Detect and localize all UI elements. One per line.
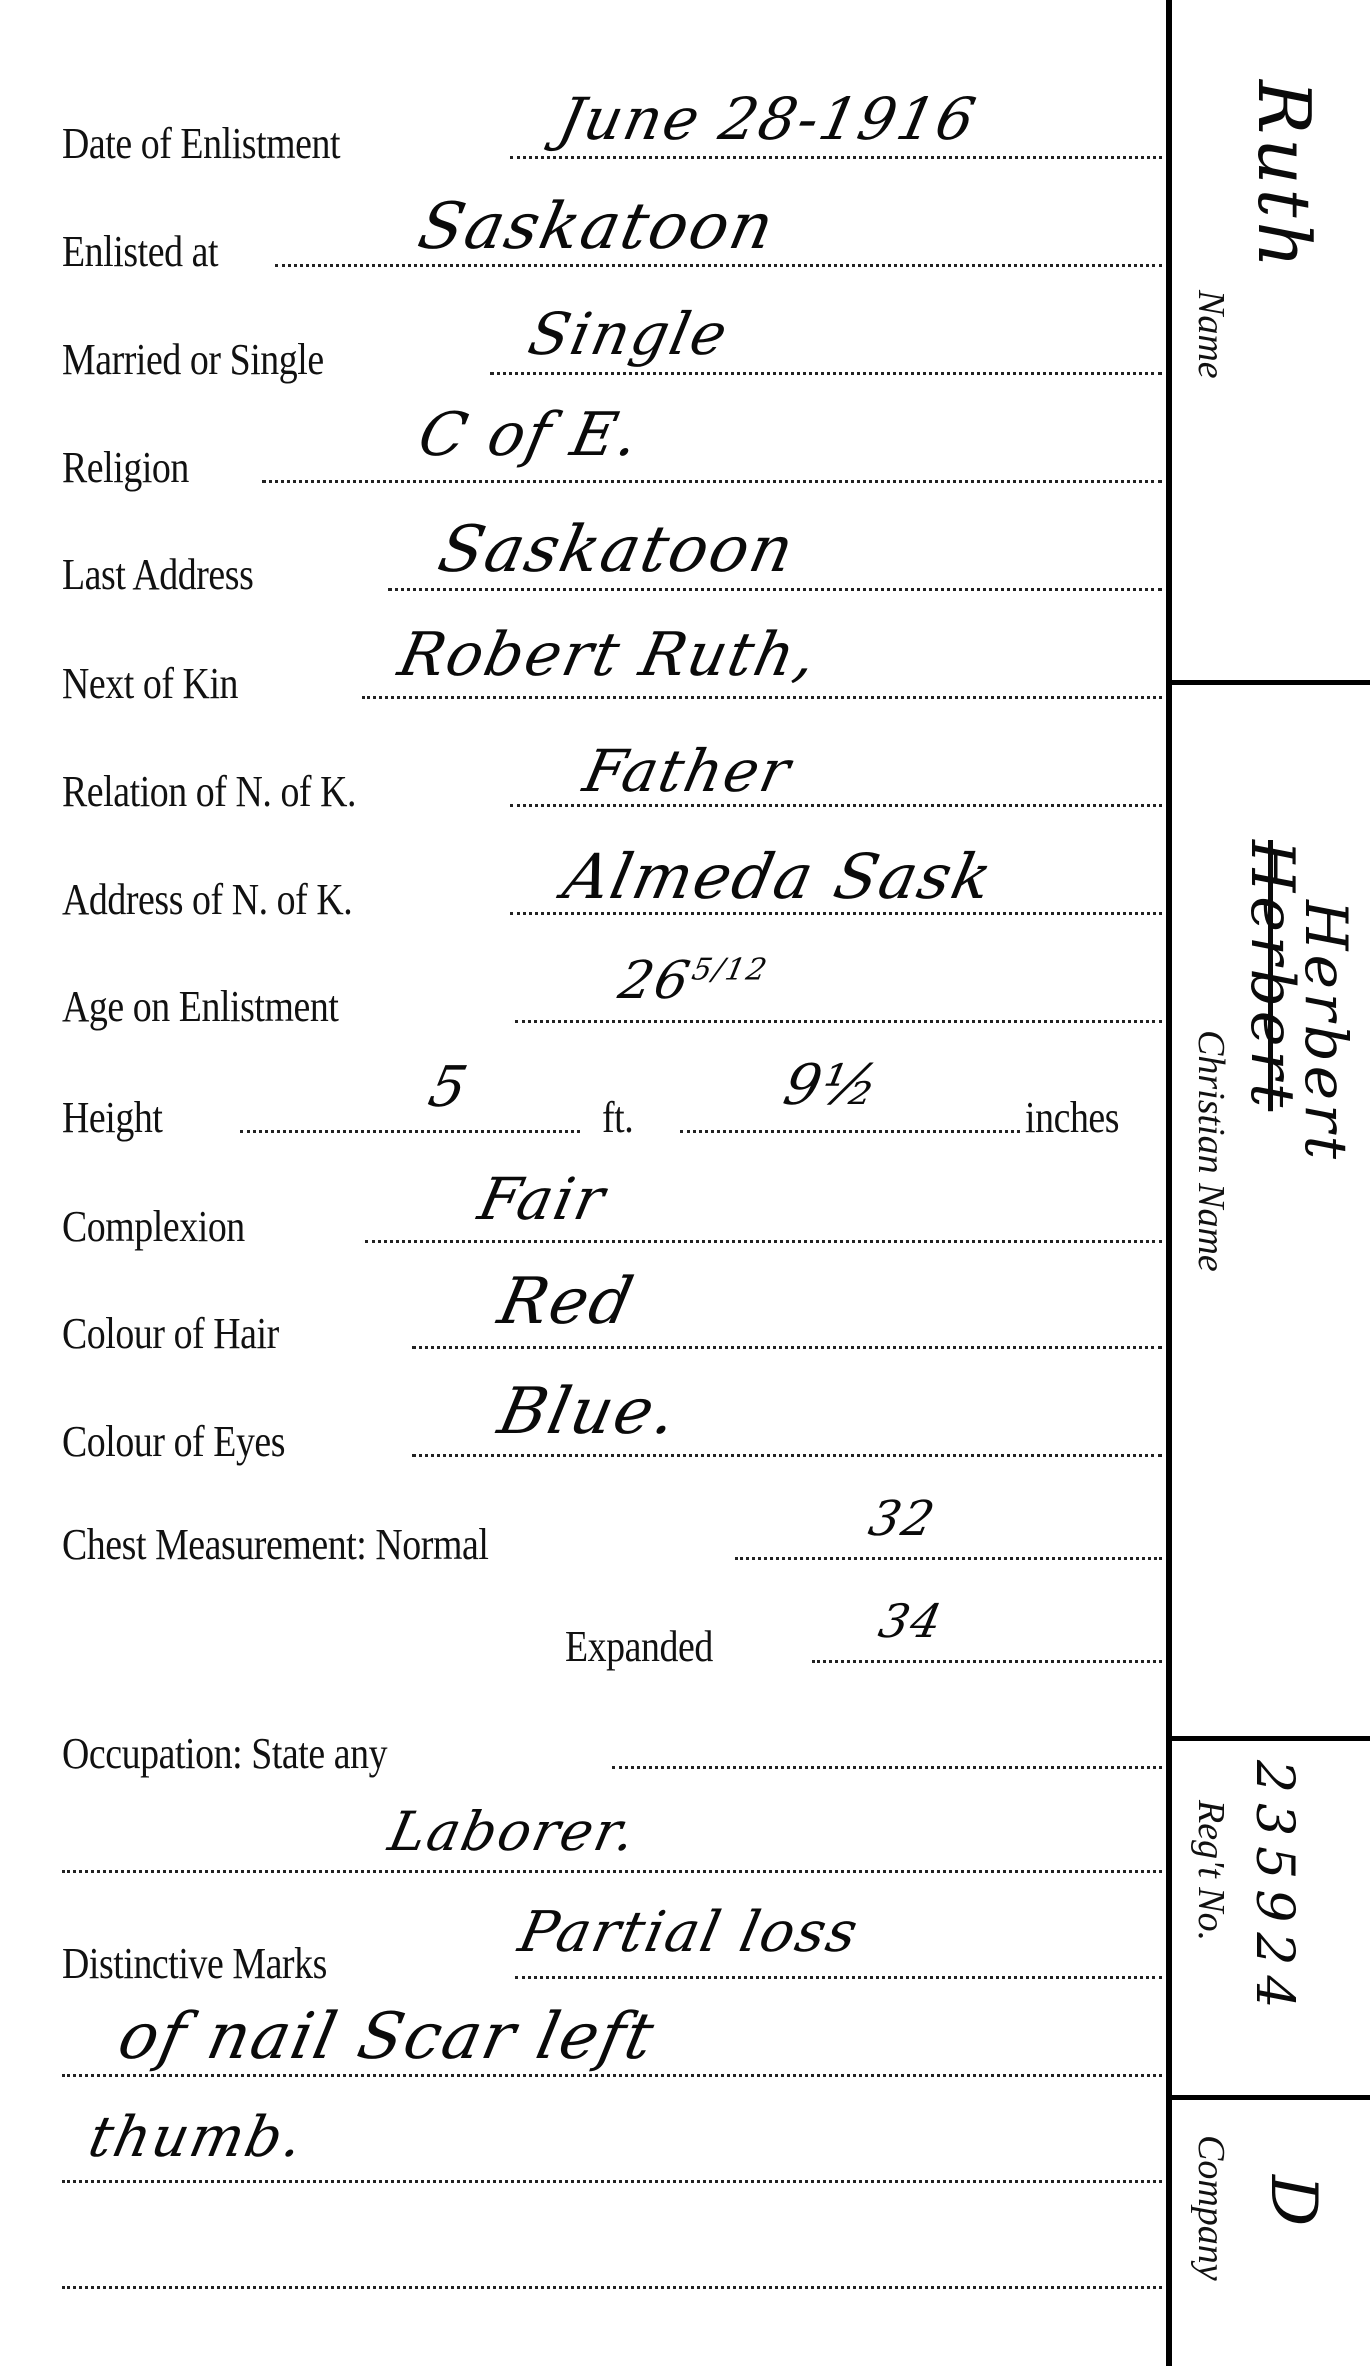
label-relation-of-nok: Relation of N. of K.	[62, 770, 356, 814]
dotted-line	[412, 1346, 1162, 1349]
sidebar-label-name: Name	[1192, 290, 1230, 379]
field-age-on-enlistment: Age on Enlistment	[62, 985, 383, 1029]
label-enlisted-at: Enlisted at	[62, 230, 218, 274]
value-last-address: Saskatoon	[433, 518, 800, 582]
value-distinctive-marks-line2: of nail Scar left	[113, 2005, 660, 2069]
field-height: Height	[62, 1096, 179, 1140]
label-chest-normal: Chest Measurement: Normal	[62, 1523, 488, 1567]
dotted-line	[388, 588, 1162, 591]
value-address-of-nok: Almeda Sask	[558, 846, 998, 908]
value-height-in: 9½	[779, 1058, 885, 1114]
dotted-line	[240, 1130, 580, 1133]
value-chest-expanded: 34	[875, 1598, 947, 1644]
dotted-line	[515, 1020, 1162, 1023]
label-colour-of-hair: Colour of Hair	[62, 1312, 279, 1356]
sidebar-label-christian-name: Christian Name	[1192, 1030, 1230, 1272]
height-inches-unit: inches	[1025, 1096, 1134, 1140]
dotted-line	[275, 264, 1162, 267]
label-distinctive-marks: Distinctive Marks	[62, 1942, 327, 1986]
label-married-or-single: Married or Single	[62, 338, 324, 382]
dotted-line	[515, 1976, 1162, 1979]
name-section-divider	[1172, 680, 1370, 685]
value-distinctive-marks: Partial loss	[514, 1905, 864, 1961]
label-last-address: Last Address	[62, 553, 253, 597]
field-chest-normal: Chest Measurement: Normal	[62, 1523, 558, 1567]
sidebar-label-regt-no: Reg't No.	[1192, 1800, 1230, 1941]
age-months-fraction: 5/12	[689, 953, 772, 988]
field-religion: Religion	[62, 446, 210, 490]
field-married-or-single: Married or Single	[62, 338, 366, 382]
label-height: Height	[62, 1096, 162, 1140]
label-religion: Religion	[62, 446, 189, 490]
dotted-line	[612, 1766, 1162, 1769]
label-age-on-enlistment: Age on Enlistment	[62, 985, 338, 1029]
christian-name-section-divider	[1172, 1736, 1370, 1741]
value-date-of-enlistment: June 28-1916	[554, 90, 982, 148]
field-colour-of-eyes: Colour of Eyes	[62, 1420, 321, 1464]
sidebar-value-name: Ruth	[1248, 80, 1320, 272]
value-height-ft: 5	[424, 1060, 474, 1116]
height-ft-unit: ft.	[602, 1096, 638, 1140]
value-colour-of-hair: Red	[493, 1270, 640, 1334]
dotted-line	[680, 1130, 1020, 1133]
field-address-of-nok: Address of N. of K.	[62, 878, 400, 922]
value-next-of-kin: Robert Ruth,	[394, 625, 823, 685]
dotted-line	[362, 696, 1162, 699]
field-complexion: Complexion	[62, 1205, 275, 1249]
column-divider	[1166, 0, 1172, 2366]
dotted-line	[62, 2180, 1162, 2183]
dotted-line	[812, 1660, 1162, 1663]
label-date-of-enlistment: Date of Enlistment	[62, 122, 340, 166]
value-chest-normal: 32	[865, 1495, 940, 1543]
dotted-line	[62, 2286, 1162, 2289]
field-occupation: Occupation: State any	[62, 1732, 440, 1776]
value-married-or-single: Single	[524, 305, 734, 363]
field-enlisted-at: Enlisted at	[62, 230, 243, 274]
regt-no-section-divider	[1172, 2095, 1370, 2100]
field-relation-of-nok: Relation of N. of K.	[62, 770, 404, 814]
label-occupation: Occupation: State any	[62, 1732, 387, 1776]
age-years: 26	[614, 951, 697, 1011]
value-enlisted-at: Saskatoon	[413, 195, 780, 259]
value-relation-of-nok: Father	[579, 742, 797, 800]
label-address-of-nok: Address of N. of K.	[62, 878, 352, 922]
label-inches: inches	[1025, 1096, 1119, 1140]
field-next-of-kin: Next of Kin	[62, 662, 267, 706]
field-date-of-enlistment: Date of Enlistment	[62, 122, 385, 166]
sidebar-value-regt-no: 235924	[1248, 1760, 1300, 2019]
sidebar-value-christian-name: Herbert	[1297, 900, 1355, 1163]
dotted-line	[262, 480, 1162, 483]
label-chest-expanded: Expanded	[565, 1625, 713, 1669]
value-complexion: Fair	[474, 1170, 612, 1228]
dotted-line	[412, 1454, 1162, 1457]
sidebar-label-company: Company	[1192, 2135, 1230, 2281]
label-next-of-kin: Next of Kin	[62, 662, 238, 706]
dotted-line	[735, 1557, 1162, 1560]
field-colour-of-hair: Colour of Hair	[62, 1312, 314, 1356]
dotted-line	[365, 1240, 1162, 1243]
label-ft: ft.	[602, 1096, 633, 1140]
sidebar-value-company: D	[1261, 2175, 1325, 2230]
value-colour-of-eyes: Blue.	[493, 1380, 684, 1444]
dotted-line	[490, 372, 1162, 375]
label-colour-of-eyes: Colour of Eyes	[62, 1420, 285, 1464]
label-complexion: Complexion	[62, 1205, 245, 1249]
dotted-line	[510, 156, 1162, 159]
value-religion: C of E.	[414, 405, 646, 465]
field-distinctive-marks: Distinctive Marks	[62, 1942, 370, 1986]
field-chest-expanded: Expanded	[565, 1625, 737, 1669]
field-last-address: Last Address	[62, 553, 285, 597]
value-distinctive-marks-line3: thumb.	[84, 2110, 309, 2166]
value-age-on-enlistment: 265/12	[614, 955, 771, 1007]
dotted-line	[62, 1870, 1162, 1873]
dotted-line	[62, 2074, 1162, 2077]
value-occupation: Laborer.	[384, 1805, 641, 1859]
